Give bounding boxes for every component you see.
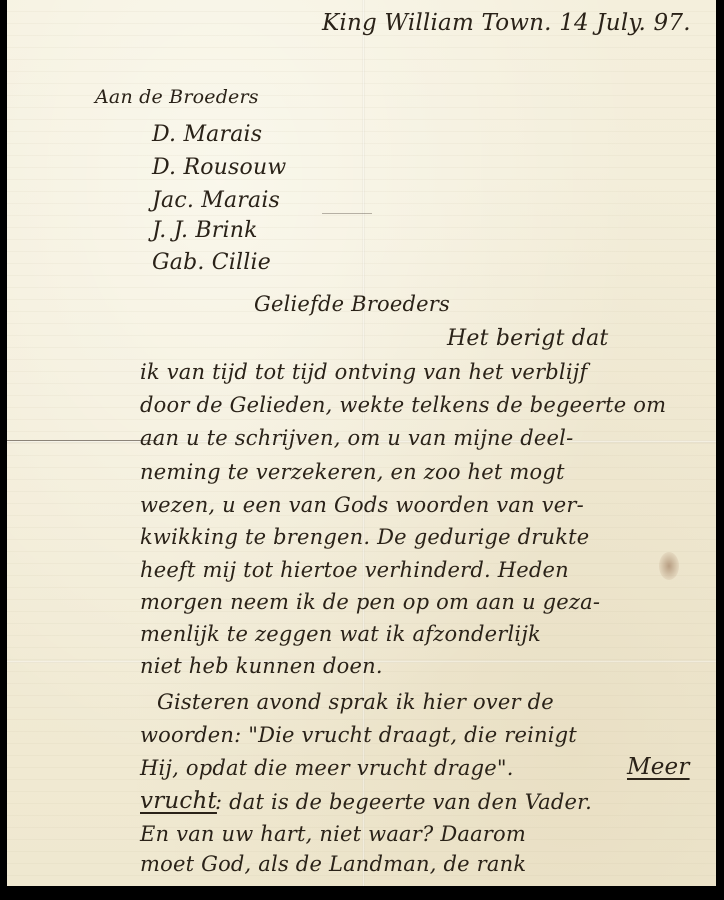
body-line-13: woorden: "Die vrucht draagt, die reinigt <box>140 723 577 747</box>
paper-stain <box>659 552 679 580</box>
addressee-2: D. Rousouw <box>152 155 286 180</box>
body-line-2: ik van tijd tot tijd ontving van het ver… <box>140 360 587 384</box>
body-line-9: morgen neem ik de pen op om aan u geza- <box>140 590 600 614</box>
body-line-17: moet God, als de Landman, de rank <box>140 852 526 876</box>
body-line-3: door de Gelieden, wekte telkens de begee… <box>140 393 666 417</box>
body-line-5: neming te verzekeren, en zoo het mogt <box>140 460 565 484</box>
body-line-6: wezen, u een van Gods woorden van ver- <box>140 493 584 517</box>
body-line-11: niet heb kunnen doen. <box>140 654 383 678</box>
addressee-1: D. Marais <box>152 122 262 147</box>
body-line-15: : dat is de begeerte van den Vader. <box>215 790 592 814</box>
body-line-12: Gisteren avond sprak ik hier over de <box>157 690 554 714</box>
pencil-stroke-address <box>322 213 372 214</box>
body-line-7: kwikking te brengen. De gedurige drukte <box>140 525 589 549</box>
body-line-16: En van uw hart, niet waar? Daarom <box>140 822 526 846</box>
salutation: Geliefde Broeders <box>254 292 450 316</box>
body-line-1: Het berigt dat <box>447 326 608 351</box>
body-line-8: heeft mij tot hiertoe verhinderd. Heden <box>140 558 569 582</box>
addressee-3: Jac. Marais <box>152 188 280 213</box>
body-line-14: Hij, opdat die meer vrucht drage". <box>140 756 514 780</box>
letter-page: King William Town. 14 July. 97. Aan de B… <box>7 0 716 886</box>
addressee-intro: Aan de Broeders <box>95 86 259 108</box>
emphasis-vrucht: vrucht <box>140 788 217 814</box>
body-line-10: menlijk te zeggen wat ik afzonderlijk <box>140 622 541 646</box>
addressee-4: J. J. Brink <box>152 218 258 243</box>
body-line-4: aan u te schrijven, om u van mijne deel- <box>140 426 573 450</box>
addressee-5: Gab. Cillie <box>152 250 271 275</box>
pencil-stroke <box>7 440 157 441</box>
place-date: King William Town. 14 July. 97. <box>322 10 691 36</box>
emphasis-meer: Meer <box>627 754 690 780</box>
